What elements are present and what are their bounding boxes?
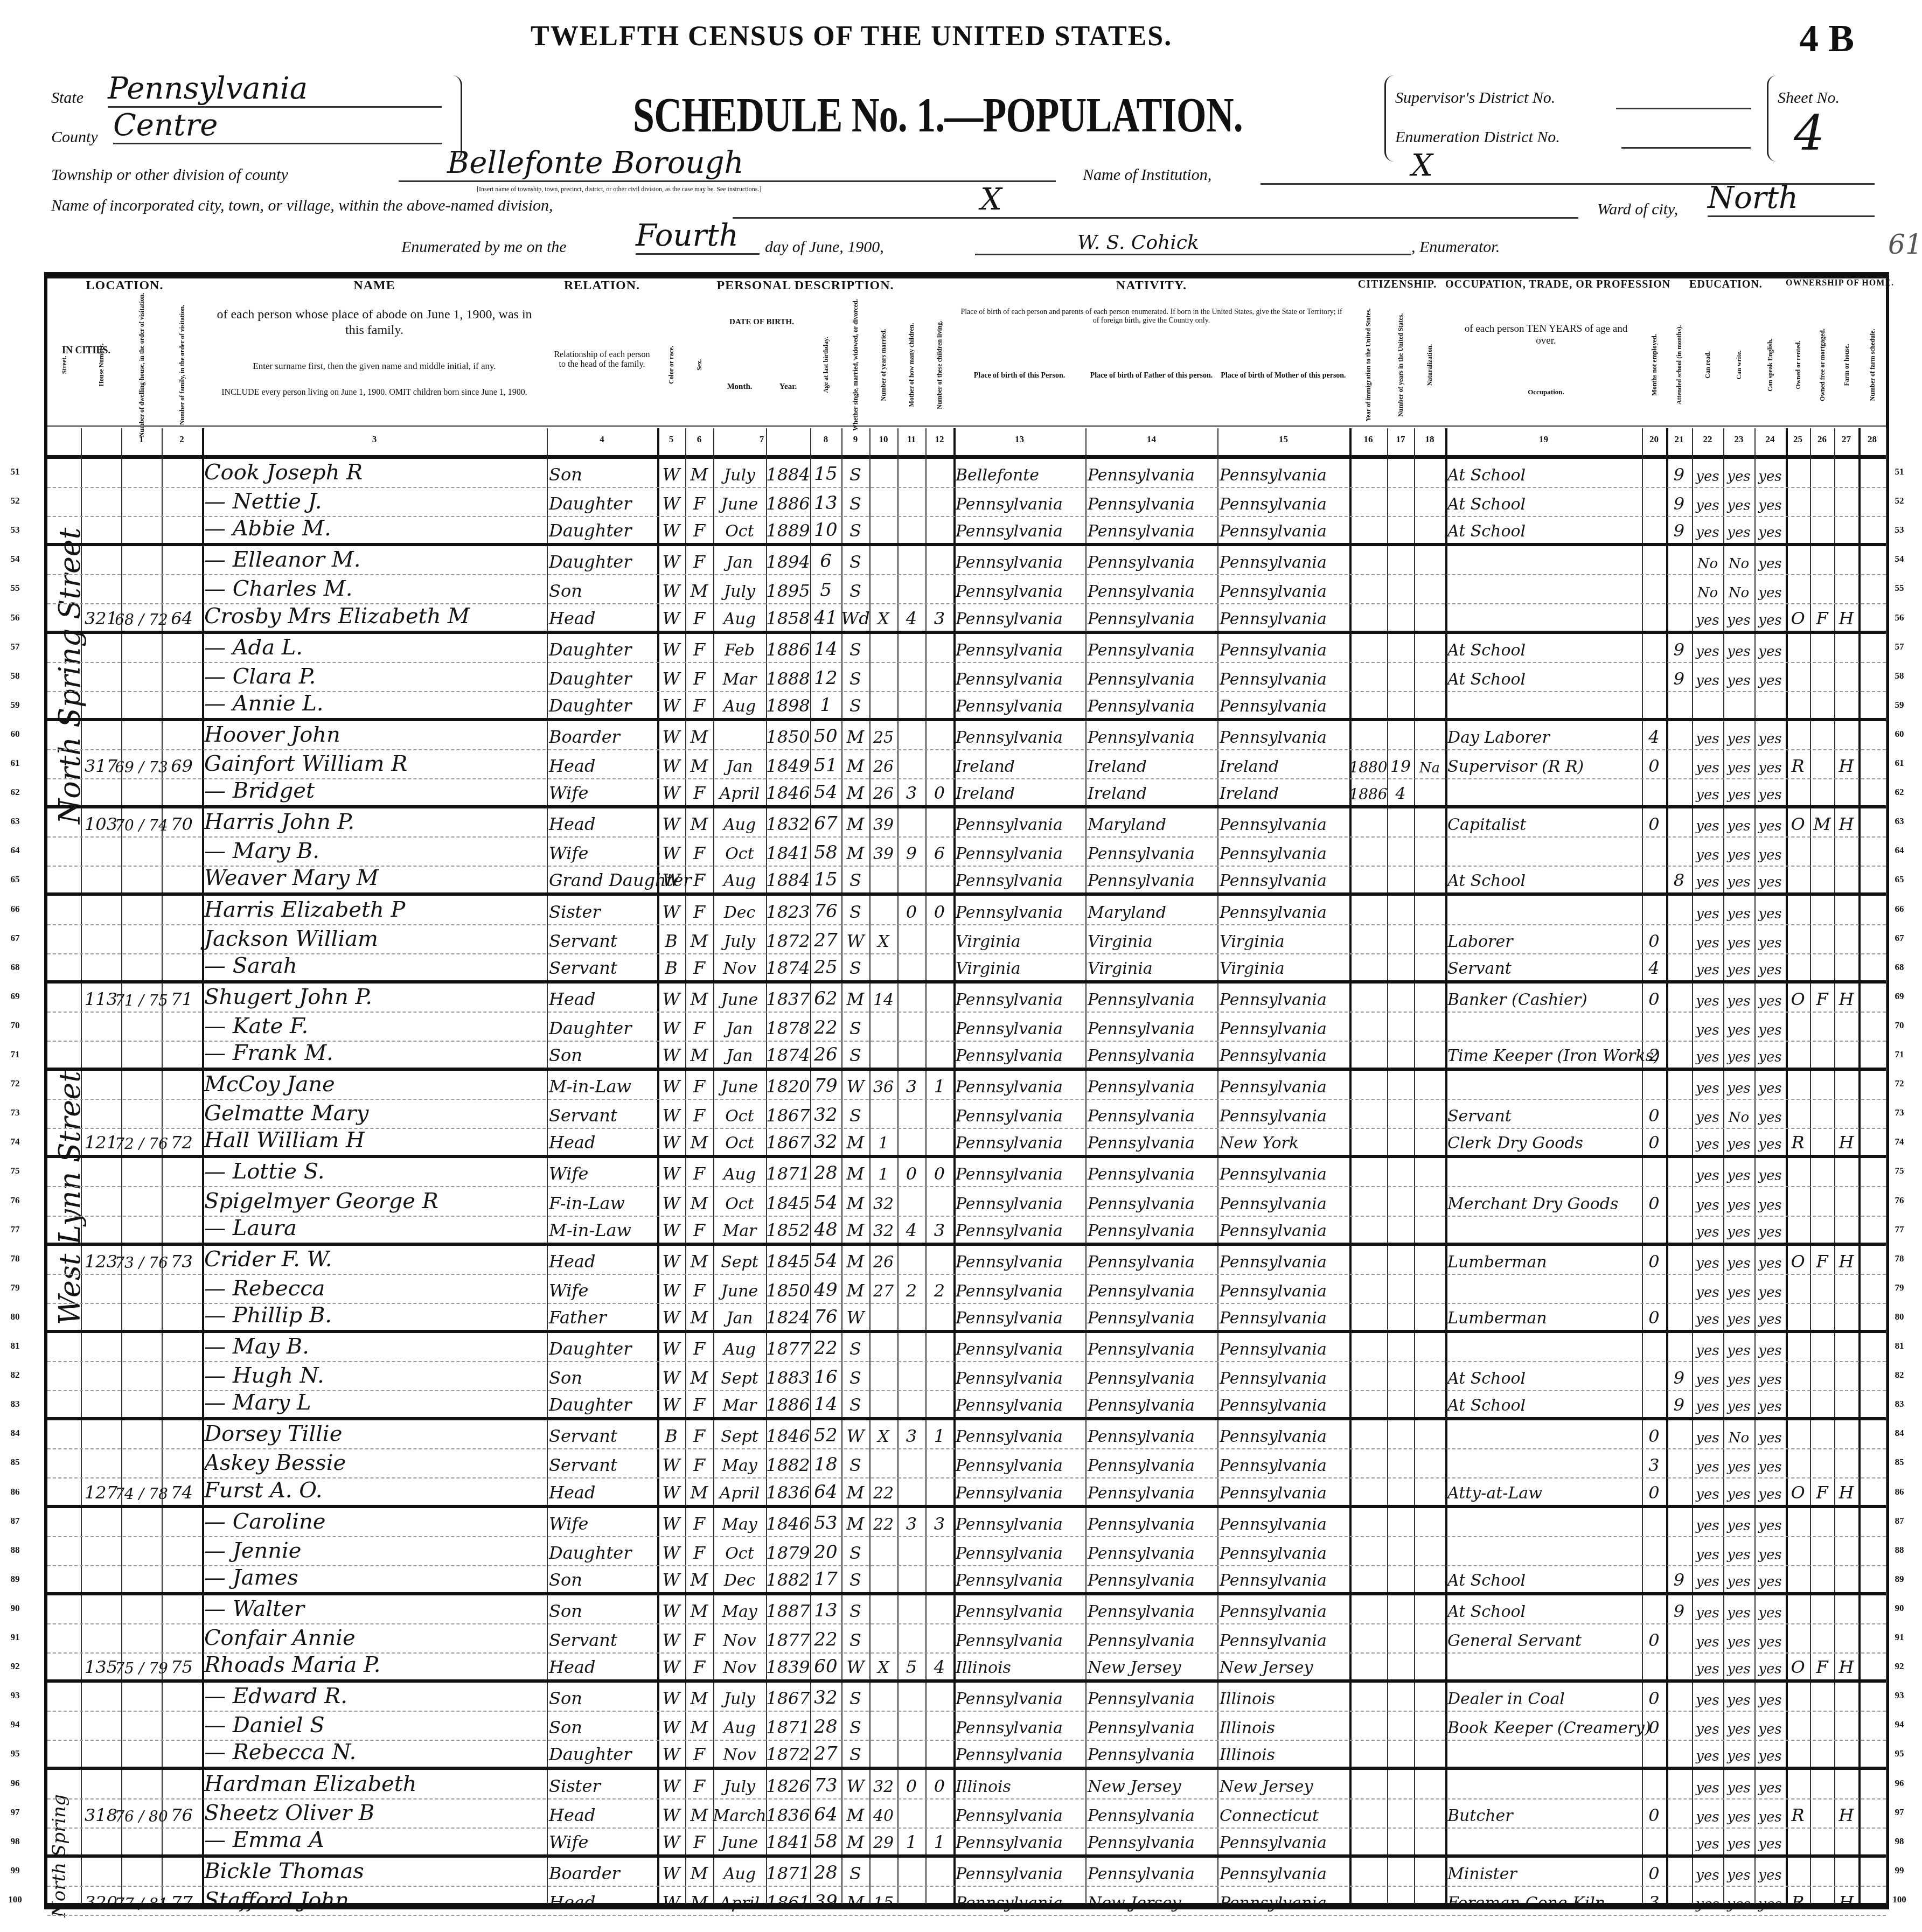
cell-immig: [1352, 1712, 1385, 1740]
cell-nat: [1416, 1537, 1443, 1565]
cell-age: 22: [812, 1624, 839, 1652]
cell-read: yes: [1694, 663, 1721, 691]
cell-unemp: [1644, 634, 1664, 662]
vheader-text-house-number: House Number.: [97, 344, 105, 387]
cell-bp: Pennsylvania: [956, 1449, 1083, 1477]
cell-occupation: [1447, 546, 1640, 574]
cell-english: yes: [1757, 1449, 1784, 1477]
cell-bf: Pennsylvania: [1088, 1858, 1215, 1886]
cell-relation: Daughter: [549, 634, 655, 662]
cell-english: yes: [1757, 663, 1784, 691]
vheader-children-living: Number of these children living.: [925, 302, 953, 423]
cell-house: [83, 459, 119, 487]
cell-relation: Son: [549, 459, 655, 487]
cell-free: [1812, 1071, 1832, 1099]
cell-bp: Pennsylvania: [956, 1420, 1083, 1448]
cell-bp: Pennsylvania: [956, 1188, 1083, 1216]
cell-own: [1788, 488, 1808, 516]
cell-bm: Ireland: [1220, 779, 1347, 805]
cell-free: [1812, 634, 1832, 662]
cell-read: yes: [1694, 1566, 1721, 1592]
cell-living: 4: [928, 1654, 951, 1679]
cell-living: 2: [928, 1275, 951, 1303]
cell-dwelling: [123, 867, 159, 892]
cell-unemp: 0: [1644, 1479, 1664, 1505]
cell-nat: [1416, 1858, 1443, 1886]
cell-yrs-us: [1389, 808, 1412, 836]
cell-yrs-married: [872, 1712, 895, 1740]
cell-immig: [1352, 1275, 1385, 1303]
cell-bp: Pennsylvania: [956, 1887, 1083, 1915]
cell-bp: Pennsylvania: [956, 1508, 1083, 1536]
cell-dwelling: 70 / 74: [123, 808, 159, 836]
cell-free: [1812, 692, 1832, 718]
cell-sched: [1861, 925, 1884, 953]
cell-living: [928, 546, 951, 574]
cell-nat: [1416, 984, 1443, 1012]
cell-living: [928, 1712, 951, 1740]
cell-sex: M: [687, 750, 711, 778]
cell-color: W: [659, 838, 683, 866]
cell-immig: [1352, 605, 1385, 631]
cell-bp: Pennsylvania: [956, 896, 1083, 924]
vheader-owned-rented: Owned or rented.: [1786, 302, 1810, 423]
cell-family: [164, 1537, 200, 1565]
cell-relation: Servant: [549, 1420, 655, 1448]
cell-school: [1668, 575, 1690, 603]
cell-farm: [1836, 1100, 1856, 1128]
table-row: — RebeccaWifeWFJune185049M2722Pennsylvan…: [47, 1275, 1886, 1304]
cell-farm: [1836, 1304, 1856, 1330]
cell-english: yes: [1757, 1624, 1784, 1652]
cell-occupation: Servant: [1447, 1100, 1640, 1128]
cell-bf: Pennsylvania: [1088, 1333, 1215, 1361]
cell-bf: Pennsylvania: [1088, 1420, 1215, 1448]
cell-own: [1788, 867, 1808, 892]
line-number-right: 69: [1889, 991, 1910, 1002]
cell-sched: [1861, 634, 1884, 662]
cell-unemp: 0: [1644, 1100, 1664, 1128]
cell-age: 14: [812, 634, 839, 662]
cell-yrs-married: 36: [872, 1071, 895, 1099]
line-number-left: 68: [4, 962, 26, 973]
cell-relation: Servant: [549, 1100, 655, 1128]
cell-nat: [1416, 1595, 1443, 1623]
cell-relation: Daughter: [549, 1333, 655, 1361]
line-number-right: 55: [1889, 583, 1910, 594]
cell-read: yes: [1694, 1391, 1721, 1417]
cell-english: yes: [1757, 1829, 1784, 1854]
vheader-text-family: Number of family, in the order of visita…: [178, 305, 186, 425]
cell-yrs-married: [872, 1683, 895, 1711]
line-number-right: 91: [1889, 1632, 1910, 1643]
cell-own: [1788, 663, 1808, 691]
cell-age: 54: [812, 1188, 839, 1216]
cell-sched: [1861, 575, 1884, 603]
cell-house: [83, 575, 119, 603]
cell-english: yes: [1757, 1683, 1784, 1711]
line-number-left: 84: [4, 1428, 26, 1439]
cell-occupation: [1447, 1449, 1640, 1477]
line-number-right: 61: [1889, 758, 1910, 769]
cell-english: yes: [1757, 925, 1784, 953]
cell-marital: S: [844, 1013, 867, 1041]
cell-school: [1668, 1420, 1690, 1448]
cell-school: 9: [1668, 1362, 1690, 1390]
cell-free: [1812, 1800, 1832, 1828]
cell-age: 27: [812, 1741, 839, 1767]
cell-month: Mar: [715, 1217, 764, 1243]
cell-unemp: 3: [1644, 1887, 1664, 1915]
cell-living: [928, 1129, 951, 1155]
cell-bp: Pennsylvania: [956, 984, 1083, 1012]
cell-write: yes: [1725, 779, 1752, 805]
cell-write: yes: [1725, 1800, 1752, 1828]
cell-bm: Pennsylvania: [1220, 1013, 1347, 1041]
table-row: — Clara P.DaughterWFMar188812SPennsylvan…: [47, 663, 1886, 692]
cell-write: yes: [1725, 1449, 1752, 1477]
cell-year: 1877: [768, 1333, 808, 1361]
cell-color: W: [659, 1537, 683, 1565]
line-number-left: 90: [4, 1603, 26, 1614]
cell-name: Crider F. W.: [204, 1246, 545, 1274]
cell-sex: M: [687, 459, 711, 487]
cell-year: 1871: [768, 1158, 808, 1186]
cell-year: 1841: [768, 1829, 808, 1854]
cell-month: Aug: [715, 1158, 764, 1186]
cell-age: 54: [812, 779, 839, 805]
cell-house: 320: [83, 1887, 119, 1915]
cell-family: 64: [164, 605, 200, 631]
cell-family: [164, 1449, 200, 1477]
cell-sex: F: [687, 1275, 711, 1303]
cell-yrs-us: [1389, 1683, 1412, 1711]
cell-year: 1849: [768, 750, 808, 778]
cell-age: 14: [812, 1391, 839, 1417]
cell-own: [1788, 1741, 1808, 1767]
cell-mother-of: [900, 488, 923, 516]
cell-yrs-us: [1389, 1129, 1412, 1155]
cell-own: [1788, 634, 1808, 662]
cell-nat: [1416, 1741, 1443, 1767]
cell-sex: F: [687, 1654, 711, 1679]
cell-bf: New Jersey: [1088, 1654, 1215, 1679]
cell-age: 41: [812, 605, 839, 631]
table-row: — May B.DaughterWFAug187722SPennsylvania…: [47, 1333, 1886, 1362]
cell-house: [83, 1217, 119, 1243]
cell-living: 3: [928, 1508, 951, 1536]
cell-mother-of: 1: [900, 1829, 923, 1854]
cell-unemp: [1644, 517, 1664, 543]
cell-living: [928, 488, 951, 516]
cell-own: [1788, 1858, 1808, 1886]
cell-family: [164, 1071, 200, 1099]
cell-sex: F: [687, 488, 711, 516]
cell-house: [83, 925, 119, 953]
cell-bp: Pennsylvania: [956, 1042, 1083, 1068]
cell-relation: Head: [549, 1887, 655, 1915]
cell-color: W: [659, 1013, 683, 1041]
cell-school: 8: [1668, 867, 1690, 892]
cell-sex: F: [687, 1158, 711, 1186]
line-number-left: 62: [4, 787, 26, 798]
cell-bm: Pennsylvania: [1220, 692, 1347, 718]
cell-read: yes: [1694, 925, 1721, 953]
cell-immig: [1352, 459, 1385, 487]
line-number-left: 55: [4, 583, 26, 594]
cell-relation: Wife: [549, 1158, 655, 1186]
cell-mother-of: [900, 721, 923, 749]
cell-occupation: At School: [1447, 1362, 1640, 1390]
cell-yrs-us: [1389, 1449, 1412, 1477]
cell-nat: [1416, 1129, 1443, 1155]
cell-nat: [1416, 517, 1443, 543]
cell-own: [1788, 1449, 1808, 1477]
cell-dwelling: [123, 692, 159, 718]
cell-year: 1877: [768, 1624, 808, 1652]
cell-school: [1668, 954, 1690, 980]
cell-color: B: [659, 954, 683, 980]
cell-sex: M: [687, 1246, 711, 1274]
cell-immig: [1352, 1333, 1385, 1361]
line-number-left: 57: [4, 641, 26, 652]
city-value: X: [733, 182, 1578, 219]
cell-english: yes: [1757, 575, 1784, 603]
cell-living: 1: [928, 1829, 951, 1854]
cell-year: 1886: [768, 488, 808, 516]
cell-living: [928, 1042, 951, 1068]
cell-marital: S: [844, 1566, 867, 1592]
cell-bp: Pennsylvania: [956, 1391, 1083, 1417]
table-row: — SarahServantBFNov187425SVirginiaVirgin…: [47, 954, 1886, 984]
cell-year: 1845: [768, 1246, 808, 1274]
cell-bp: Bellefonte: [956, 459, 1083, 487]
cell-immig: [1352, 1188, 1385, 1216]
line-number-left: 72: [4, 1078, 26, 1089]
line-number-left: 54: [4, 554, 26, 564]
cell-sched: [1861, 1042, 1884, 1068]
cell-free: [1812, 1188, 1832, 1216]
cell-english: yes: [1757, 896, 1784, 924]
cell-relation: Head: [549, 750, 655, 778]
cell-mother-of: [900, 1624, 923, 1652]
cell-read: yes: [1694, 750, 1721, 778]
cell-english: yes: [1757, 954, 1784, 980]
cell-immig: [1352, 1595, 1385, 1623]
line-number-left: 63: [4, 816, 26, 827]
cell-free: [1812, 546, 1832, 574]
cell-free: [1812, 663, 1832, 691]
cell-month: June: [715, 1275, 764, 1303]
cell-month: May: [715, 1595, 764, 1623]
cell-mother-of: [900, 663, 923, 691]
cell-yrs-married: [872, 1624, 895, 1652]
cell-occupation: At School: [1447, 517, 1640, 543]
cell-unemp: 4: [1644, 721, 1664, 749]
cell-farm: [1836, 1275, 1856, 1303]
cell-bm: Pennsylvania: [1220, 1246, 1347, 1274]
county-label: County: [51, 128, 98, 147]
table-row: — Annie L.DaughterWFAug18981SPennsylvani…: [47, 692, 1886, 721]
cell-color: W: [659, 1741, 683, 1767]
cell-year: 1886: [768, 634, 808, 662]
cell-house: [83, 954, 119, 980]
line-number-left: 52: [4, 496, 26, 506]
cell-free: [1812, 925, 1832, 953]
line-number-right: 74: [1889, 1136, 1910, 1147]
line-number-left: 98: [4, 1836, 26, 1847]
cell-relation: Father: [549, 1304, 655, 1330]
cell-farm: [1836, 1333, 1856, 1361]
group-location: LOCATION.: [47, 278, 202, 293]
cell-sex: F: [687, 1420, 711, 1448]
cell-bm: New Jersey: [1220, 1654, 1347, 1679]
cell-name: — Daniel S: [204, 1712, 545, 1740]
cell-read: yes: [1694, 1479, 1721, 1505]
cell-relation: Son: [549, 1712, 655, 1740]
cell-nat: [1416, 692, 1443, 718]
cell-month: Oct: [715, 1188, 764, 1216]
relation-description: Relationship of each person to the head …: [552, 350, 652, 369]
cell-unemp: 0: [1644, 1683, 1664, 1711]
cell-yrs-us: [1389, 488, 1412, 516]
cell-family: 71: [164, 984, 200, 1012]
cell-yrs-us: [1389, 1158, 1412, 1186]
cell-english: yes: [1757, 1595, 1784, 1623]
line-number-left: 100: [4, 1894, 26, 1905]
cell-dwelling: [123, 1071, 159, 1099]
cell-unemp: 0: [1644, 1712, 1664, 1740]
cell-name: — Annie L.: [204, 692, 545, 718]
cell-nat: [1416, 1683, 1443, 1711]
cell-bf: Pennsylvania: [1088, 1829, 1215, 1854]
cell-bm: Pennsylvania: [1220, 721, 1347, 749]
cell-occupation: At School: [1447, 1566, 1640, 1592]
cell-name: Harris John P.: [204, 808, 545, 836]
table-row: — Abbie M.DaughterWFOct188910SPennsylvan…: [47, 517, 1886, 546]
cell-bm: Pennsylvania: [1220, 1100, 1347, 1128]
cell-write: yes: [1725, 1887, 1752, 1915]
cell-yrs-us: [1389, 1246, 1412, 1274]
cell-yrs-us: [1389, 1013, 1412, 1041]
cell-bp: Pennsylvania: [956, 1829, 1083, 1854]
cell-color: W: [659, 1217, 683, 1243]
cell-write: yes: [1725, 1391, 1752, 1417]
cell-bm: Pennsylvania: [1220, 1304, 1347, 1330]
cell-month: Sept: [715, 1420, 764, 1448]
cell-sex: M: [687, 1595, 711, 1623]
cell-immig: [1352, 1362, 1385, 1390]
cell-english: yes: [1757, 459, 1784, 487]
cell-occupation: [1447, 1333, 1640, 1361]
cell-nat: [1416, 1246, 1443, 1274]
cell-mother-of: [900, 1595, 923, 1623]
cell-marital: M: [844, 838, 867, 866]
cell-year: 1872: [768, 1741, 808, 1767]
cell-bp: Pennsylvania: [956, 1217, 1083, 1243]
cell-color: W: [659, 1595, 683, 1623]
cell-yrs-us: [1389, 517, 1412, 543]
cell-nat: [1416, 1188, 1443, 1216]
cell-nat: [1416, 1829, 1443, 1854]
cell-dwelling: [123, 634, 159, 662]
cell-yrs-us: [1389, 575, 1412, 603]
cell-yrs-us: [1389, 1420, 1412, 1448]
cell-dwelling: [123, 1100, 159, 1128]
line-number-left: 75: [4, 1166, 26, 1176]
cell-living: [928, 1800, 951, 1828]
line-number-right: 81: [1889, 1341, 1910, 1351]
cell-month: Sept: [715, 1246, 764, 1274]
cell-mother-of: [900, 1013, 923, 1041]
cell-bf: Pennsylvania: [1088, 488, 1215, 516]
cell-occupation: [1447, 1537, 1640, 1565]
cell-sex: F: [687, 896, 711, 924]
cell-farm: H: [1836, 1479, 1856, 1505]
cell-house: [83, 1508, 119, 1536]
cell-bf: Pennsylvania: [1088, 1741, 1215, 1767]
cell-own: [1788, 546, 1808, 574]
cell-name: — James: [204, 1566, 545, 1592]
cell-house: 127: [83, 1479, 119, 1505]
cell-write: yes: [1725, 721, 1752, 749]
state-value: Pennsylvania: [108, 71, 442, 108]
cell-marital: M: [844, 1129, 867, 1155]
cell-color: W: [659, 1712, 683, 1740]
cell-school: [1668, 1129, 1690, 1155]
cell-color: W: [659, 1246, 683, 1274]
cell-unemp: 0: [1644, 1188, 1664, 1216]
vheader-text-farm-schedule: Number of farm schedule.: [1868, 329, 1876, 401]
cell-bm: Illinois: [1220, 1712, 1347, 1740]
cell-school: [1668, 1508, 1690, 1536]
cell-write: yes: [1725, 1246, 1752, 1274]
cell-sex: M: [687, 1712, 711, 1740]
cell-age: 48: [812, 1217, 839, 1243]
cell-family: [164, 634, 200, 662]
cell-family: [164, 867, 200, 892]
cell-mother-of: 0: [900, 1158, 923, 1186]
cell-farm: [1836, 867, 1856, 892]
line-number-right: 52: [1889, 496, 1910, 506]
cell-occupation: Day Laborer: [1447, 721, 1640, 749]
cell-unemp: [1644, 1566, 1664, 1592]
cell-read: yes: [1694, 1013, 1721, 1041]
cell-school: [1668, 925, 1690, 953]
cell-family: 76: [164, 1800, 200, 1828]
supervisor-district-label: Supervisor's District No.: [1395, 89, 1555, 107]
cell-house: [83, 1042, 119, 1068]
cell-sex: M: [687, 1129, 711, 1155]
cell-name: — Clara P.: [204, 663, 545, 691]
cell-bf: Pennsylvania: [1088, 1042, 1215, 1068]
cell-bm: New York: [1220, 1129, 1347, 1155]
cell-unemp: 2: [1644, 1042, 1664, 1068]
cell-relation: Son: [549, 575, 655, 603]
cell-age: 22: [812, 1013, 839, 1041]
vheader-text-mother-of: Mother of how many children.: [908, 323, 916, 407]
cell-unemp: [1644, 1508, 1664, 1536]
table-row: 12172 / 7672Hall William HHeadWMOct18673…: [47, 1129, 1886, 1158]
cell-name: — Mary B.: [204, 838, 545, 866]
cell-farm: [1836, 517, 1856, 543]
township-label: Township or other division of county: [51, 166, 288, 184]
cell-living: [928, 1683, 951, 1711]
cell-occupation: At School: [1447, 1391, 1640, 1417]
cell-yrs-married: [872, 1566, 895, 1592]
cell-farm: [1836, 1420, 1856, 1448]
cell-unemp: [1644, 779, 1664, 805]
